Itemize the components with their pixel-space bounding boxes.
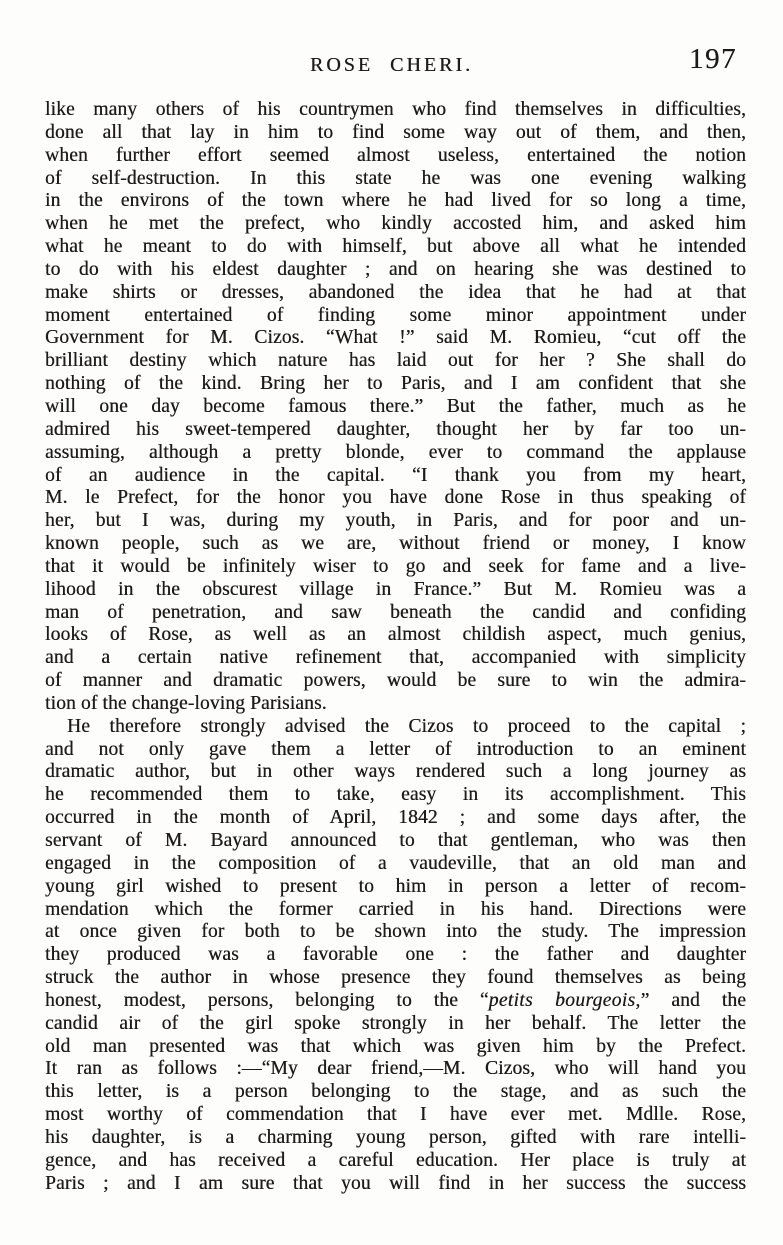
text-line: tion of the change-loving Parisians. [45,693,746,716]
text-line: engaged in the composition of a vaudevil… [45,853,746,876]
text-line: assuming, although a pretty blonde, ever… [45,442,746,465]
text-line: It ran as follows :—“My dear friend,—M. … [45,1058,746,1081]
text-line: when further effort seemed almost useles… [45,145,746,168]
text-line: and a certain native refinement that, ac… [45,647,746,670]
text-line: old man presented was that which was giv… [45,1036,746,1059]
running-head-title: ROSE CHERI. [0,54,783,77]
text-line: of self-destruction. In this state he wa… [45,168,746,191]
text-line: when he met the prefect, who kindly acco… [45,213,746,236]
text-line: like many others of his countrymen who f… [45,99,746,122]
text-line: and not only gave them a letter of intro… [45,739,746,762]
text-line: make shirts or dresses, abandoned the id… [45,282,746,305]
text-line: occurred in the month of April, 1842 ; a… [45,807,746,830]
text-line: M. le Prefect, for the honor you have do… [45,487,746,510]
text-line: gence, and has received a careful educat… [45,1150,746,1173]
text-line: of an audience in the capital. “I thank … [45,465,746,488]
text-line: struck the author in whose presence they… [45,967,746,990]
text-line: admired his sweet-tempered daughter, tho… [45,419,746,442]
text-line: his daughter, is a charming young person… [45,1127,746,1150]
text-line: that it would be infinitely wiser to go … [45,556,746,579]
text-line: lihood in the obscurest village in Franc… [45,579,746,602]
text-line: mendation which the former carried in hi… [45,899,746,922]
text-line: servant of M. Bayard announced to that g… [45,830,746,853]
text-line: this letter, is a person belonging to th… [45,1081,746,1104]
text-line: Paris ; and I am sure that you will find… [45,1173,746,1196]
text-line: known people, such as we are, without fr… [45,533,746,556]
book-page: ROSE CHERI. 197 like many others of his … [0,0,783,1245]
text-line: Government for M. Cizos. “What !” said M… [45,327,746,350]
text-line: honest, modest, persons, belonging to th… [45,990,746,1013]
text-line: nothing of the kind. Bring her to Paris,… [45,373,746,396]
text-line: in the environs of the town where he had… [45,190,746,213]
text-line: He therefore strongly advised the Cizos … [45,716,746,739]
text-line: looks of Rose, as well as an almost chil… [45,624,746,647]
text-line: candid air of the girl spoke strongly in… [45,1013,746,1036]
text-line: at once given for both to be shown into … [45,921,746,944]
text-line: most worthy of commendation that I have … [45,1104,746,1127]
page-number: 197 [689,43,737,76]
text-line: he recommended them to take, easy in its… [45,784,746,807]
text-line: dramatic author, but in other ways rende… [45,761,746,784]
text-line: done all that lay in him to find some wa… [45,122,746,145]
text-line: man of penetration, and saw beneath the … [45,602,746,625]
text-line: will one day become famous there.” But t… [45,396,746,419]
text-line: what he meant to do with himself, but ab… [45,236,746,259]
text-line: to do with his eldest daughter ; and on … [45,259,746,282]
text-line: brilliant destiny which nature has laid … [45,350,746,373]
text-line: young girl wished to present to him in p… [45,876,746,899]
text-line: moment entertained of finding some minor… [45,305,746,328]
text-line: her, but I was, during my youth, in Pari… [45,510,746,533]
text-line: of manner and dramatic powers, would be … [45,670,746,693]
page-body: like many others of his countrymen who f… [45,99,746,1196]
text-line: they produced was a favorable one : the … [45,944,746,967]
